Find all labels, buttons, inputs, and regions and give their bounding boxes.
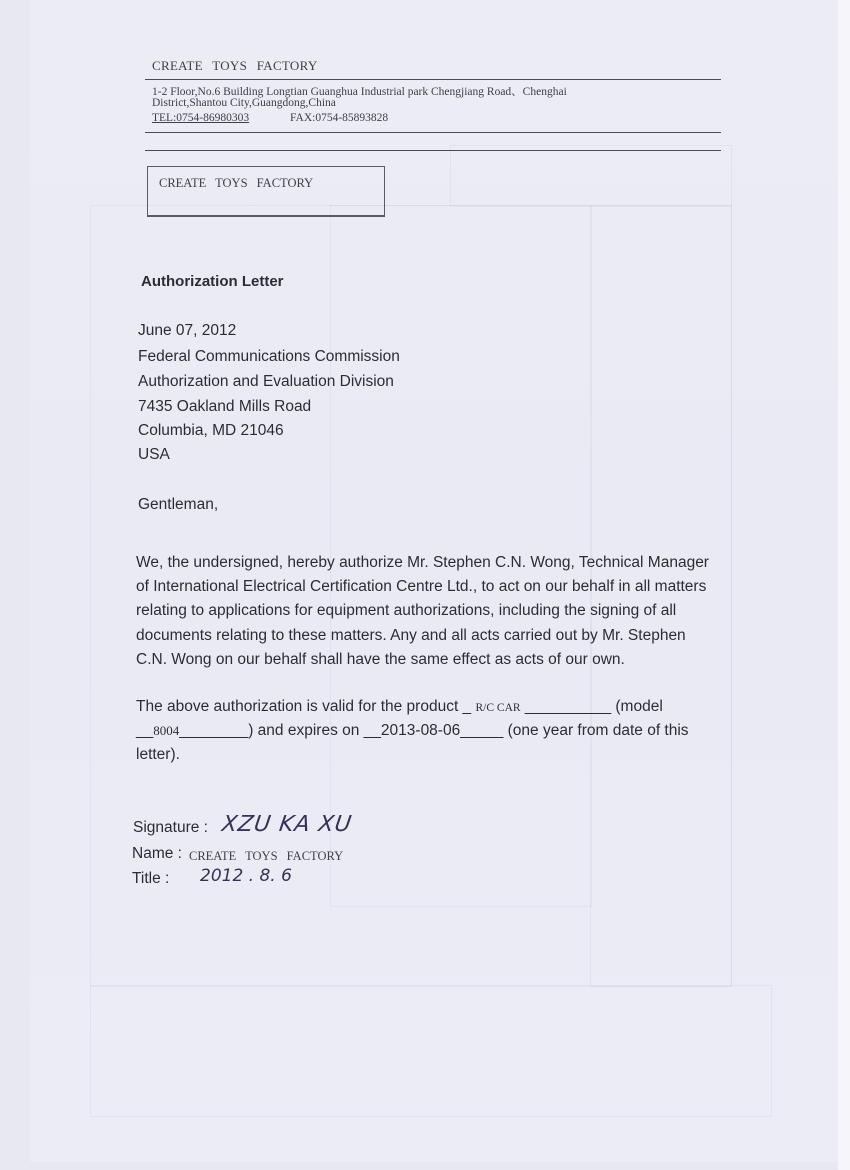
letter-date: June 07, 2012 [138, 322, 236, 340]
validity-line1: The above authorization is valid for the… [136, 698, 663, 716]
letterhead-fax: FAX:0754-85893828 [290, 112, 388, 124]
letter-title: Authorization Letter [141, 273, 284, 290]
title-label: Title : [132, 870, 169, 888]
expiry-prefix: ________) and expires on __ [179, 722, 381, 739]
body-line: We, the undersigned, hereby authorize Mr… [136, 554, 709, 572]
expiry-suffix: _____ (one year from date of this [460, 722, 688, 739]
body-line: of International Electrical Certificatio… [136, 578, 706, 596]
expiry-value: 2013-08-06 [381, 722, 460, 739]
letterhead-company: CREATE TOYS FACTORY [152, 58, 318, 74]
body-line: relating to applications for equipment a… [136, 602, 676, 620]
name-value: CREATE TOYS FACTORY [189, 849, 343, 864]
handwritten-title-date: 2012 . 8. 6 [200, 866, 292, 886]
salutation: Gentleman, [138, 496, 218, 514]
company-stamp-text: CREATE TOYS FACTORY [159, 176, 313, 191]
validity-line2: __8004________) and expires on __2013-08… [136, 722, 689, 740]
recipient-line: Authorization and Evaluation Division [138, 373, 394, 391]
letterhead-address-line2: District,Shantou City,Guangdong,China [152, 97, 336, 109]
recipient-line: USA [138, 446, 170, 464]
signature-label: Signature : [133, 819, 208, 837]
recipient-line: Columbia, MD 21046 [138, 422, 284, 440]
model-prefix: __ [136, 722, 153, 739]
recipient-line: 7435 Oakland Mills Road [138, 398, 311, 416]
letterhead-rule-top [145, 79, 721, 80]
body-line: documents relating to these matters. Any… [136, 627, 686, 645]
body-line: C.N. Wong on our behalf shall have the s… [136, 651, 625, 669]
recipient-line: Federal Communications Commission [138, 348, 400, 366]
handwritten-signature: XZU KA XU [220, 812, 353, 837]
validity-line3: letter). [136, 746, 180, 764]
letterhead-tel: TEL:0754-86980303 [152, 112, 249, 124]
name-label: Name : [132, 845, 182, 863]
validity-prefix: The above authorization is valid for the… [136, 698, 471, 715]
letterhead-rule-bottom [145, 150, 721, 151]
model-value: 8004 [153, 723, 179, 738]
company-stamp-box [147, 166, 385, 217]
scan-edge [838, 0, 850, 1170]
validity-suffix: __________ (model [525, 698, 663, 715]
letterhead-rule-mid [145, 132, 721, 133]
product-value: R/C CAR [476, 702, 521, 714]
